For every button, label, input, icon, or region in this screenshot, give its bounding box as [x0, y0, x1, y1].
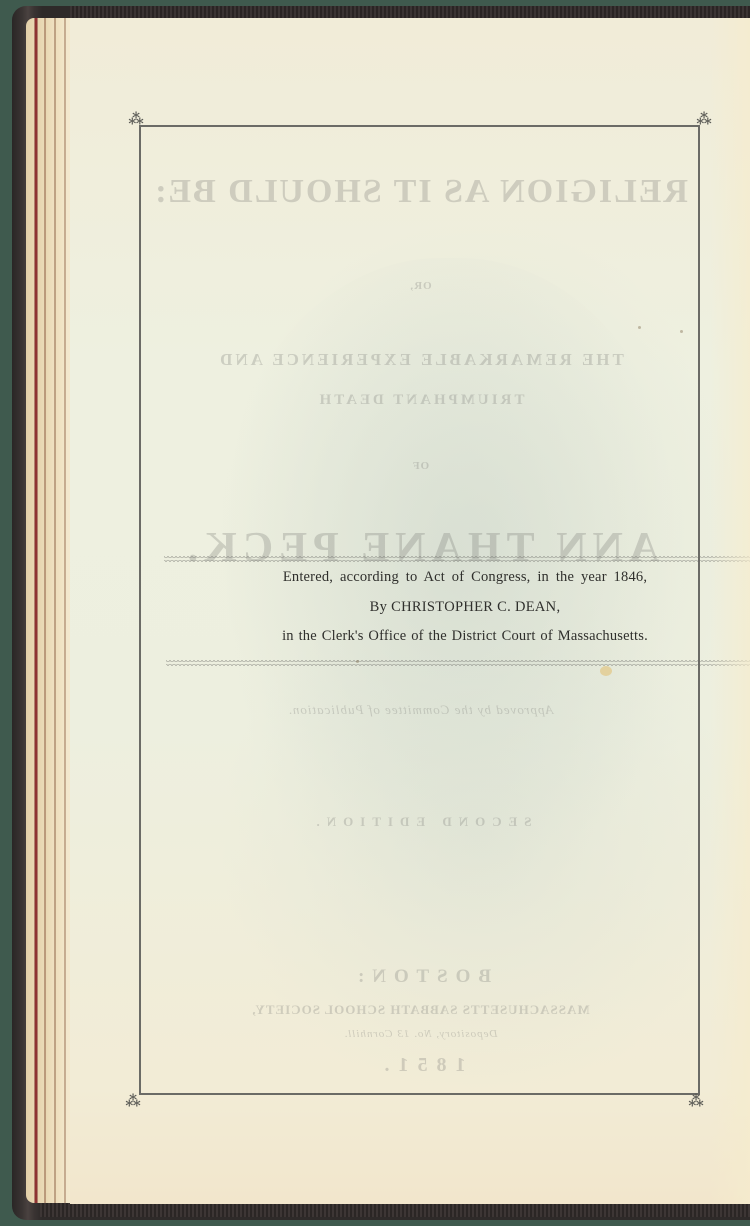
- corner-ornament-icon: ⁂: [128, 111, 144, 127]
- by-label: By: [370, 599, 388, 615]
- paper-stain: [600, 666, 612, 676]
- copyright-line-office: in the Clerk's Office of the District Co…: [160, 628, 750, 645]
- paper-speck: [356, 660, 359, 663]
- copyright-line-entered: Entered, according to Act of Congress, i…: [160, 569, 750, 586]
- paper-speck: [680, 330, 683, 333]
- corner-ornament-icon: ⁂: [696, 111, 712, 127]
- corner-ornament-icon: ⁂: [688, 1093, 704, 1109]
- wavy-rule-top: [164, 556, 750, 562]
- corner-ornament-icon: ⁂: [125, 1093, 141, 1109]
- author-name: CHRISTOPHER C. DEAN,: [391, 599, 560, 615]
- paper-speck: [638, 326, 641, 329]
- book-scan: RELIGION AS IT SHOULD BE: OR, THE REMARK…: [0, 0, 750, 1226]
- wavy-rule-bottom: [166, 660, 750, 666]
- copyright-line-author: By CHRISTOPHER C. DEAN,: [160, 599, 750, 616]
- cover-bottom-edge: [40, 1203, 750, 1217]
- book-page: RELIGION AS IT SHOULD BE: OR, THE REMARK…: [70, 18, 750, 1204]
